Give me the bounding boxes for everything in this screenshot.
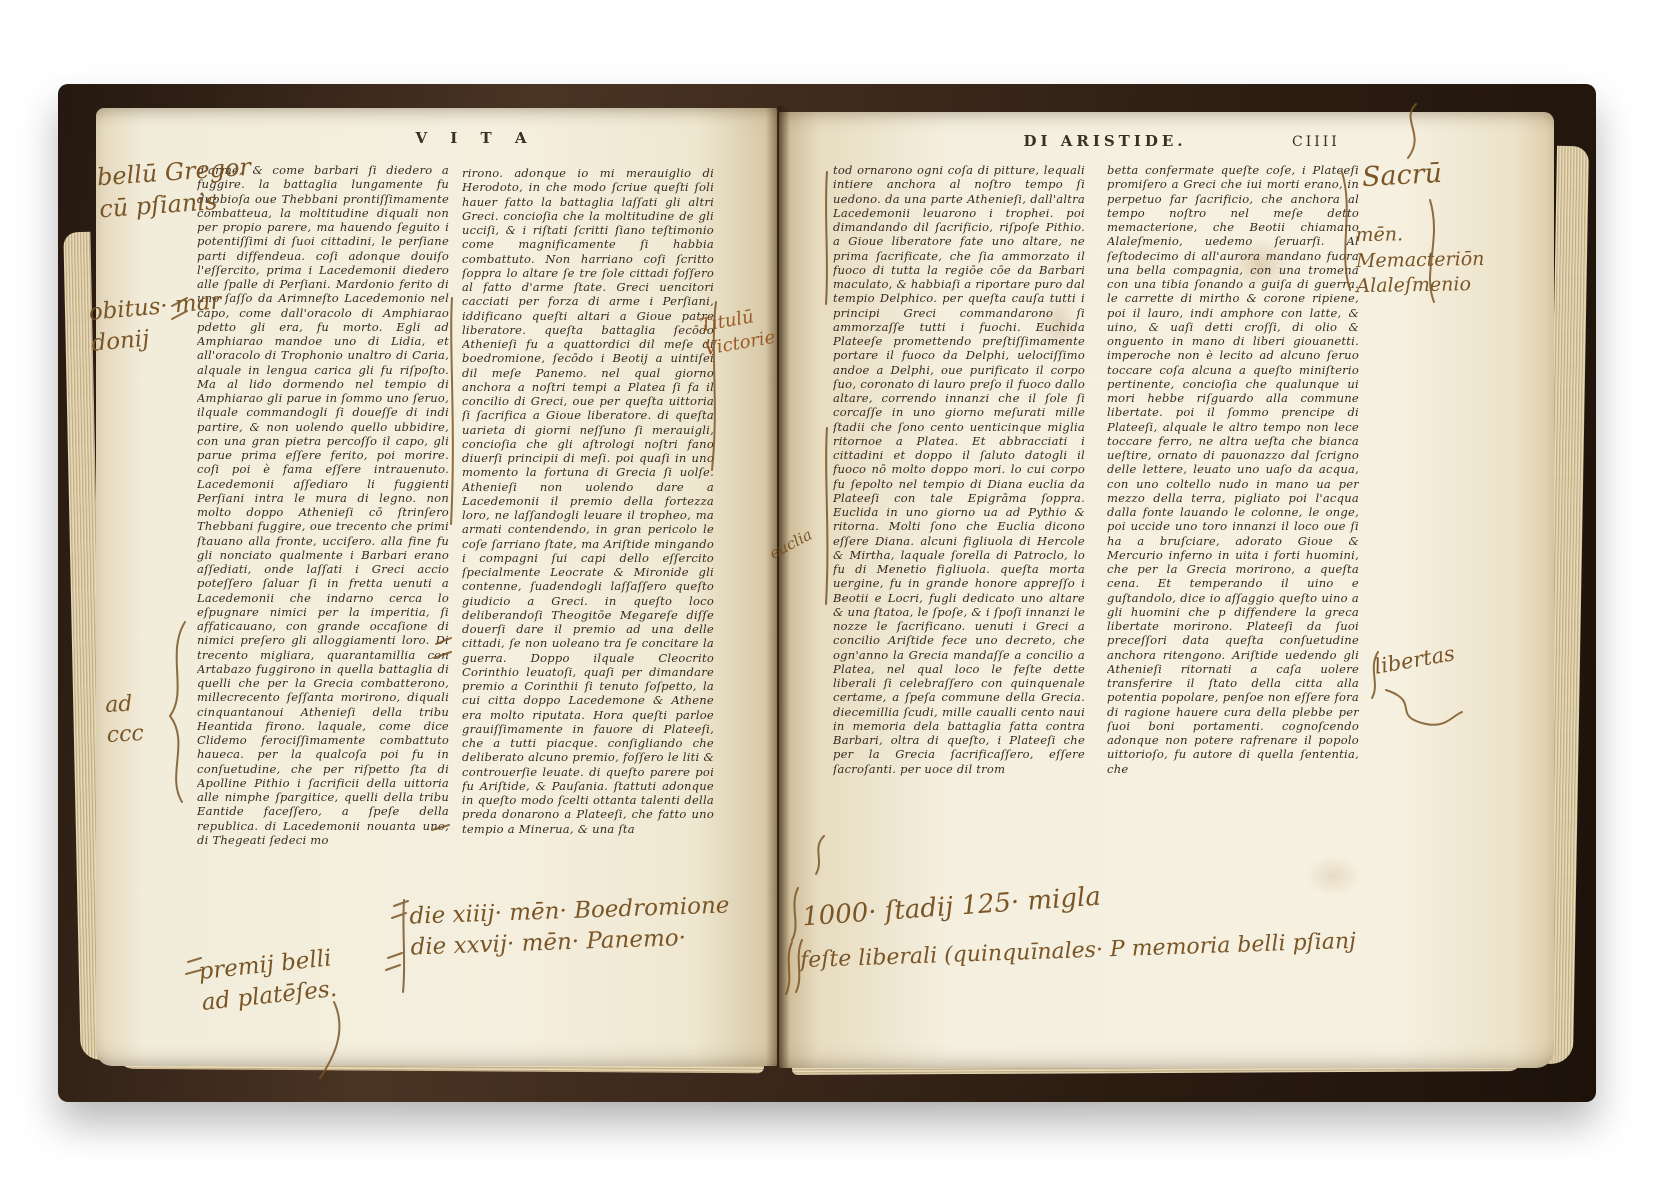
marginalia-mardonius-note: obitus· mar donij (88, 286, 226, 359)
left-running-title: V I T A (388, 129, 563, 147)
marginalia-sacrum-note: Sacrū (1361, 156, 1443, 197)
book-gutter (766, 106, 790, 1068)
right-page-column-1: tod ornarono ogni coſa di pitture, lequa… (833, 163, 1085, 877)
left-page-column-1: d'arme, & come barbari ſi diedero a fugg… (197, 163, 449, 877)
folio-number: CIIII (1292, 134, 1340, 150)
right-page-column-2: betta confermate queſte coſe, i Plateeſi… (1107, 163, 1359, 877)
marginalia-month-note: mēn. Memacteriōn Alaleſmenio (1355, 221, 1485, 300)
marginalia-ad-ccc-note: ad ccc (104, 689, 144, 750)
marginalia-dates-note: die xiiij· mēn· Boedromione die xxvij· m… (409, 890, 731, 963)
right-running-title: DI ARISTIDE. (995, 132, 1215, 150)
marginalia-battle-note: bellū Gregor cū pſianis (96, 151, 254, 226)
left-page-column-2: rirono. adonque io mi merauiglio di Hero… (462, 166, 714, 880)
book-photograph: V I T A DI ARISTIDE. CIIII d'arme, & com… (0, 0, 1655, 1200)
